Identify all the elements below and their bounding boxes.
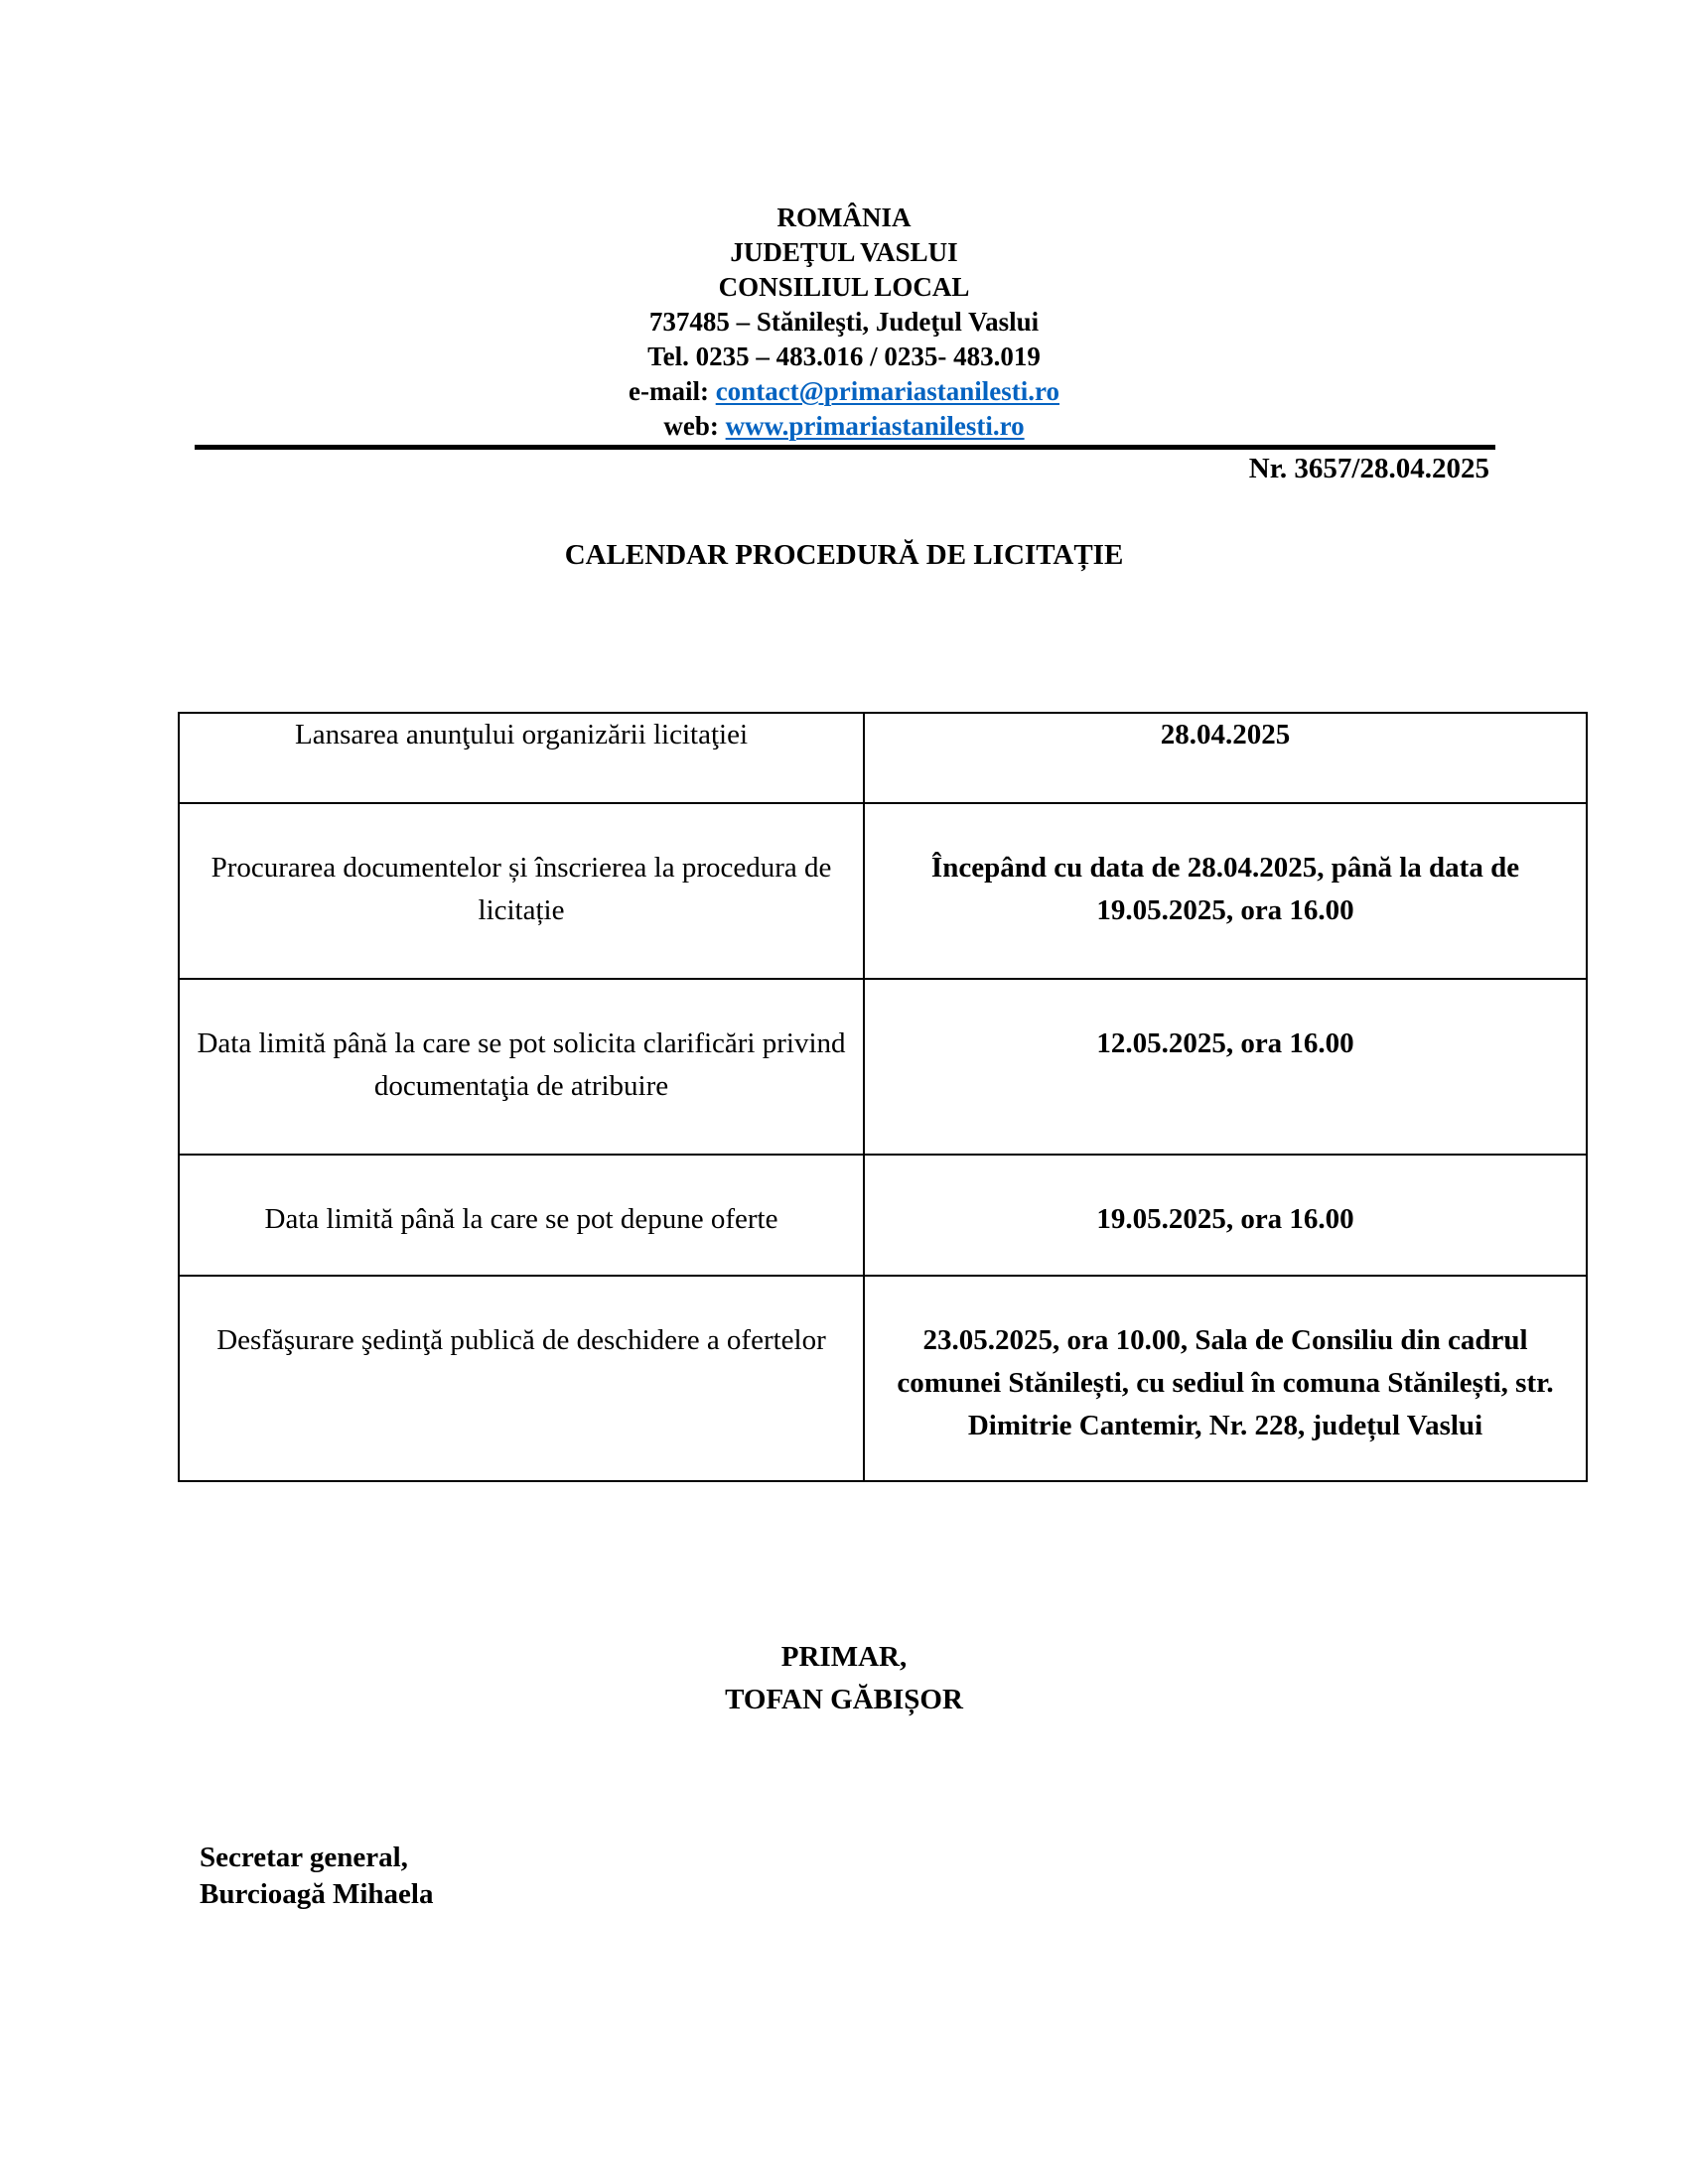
letterhead-address: 737485 – Stănileşti, Judeţul Vaslui — [0, 305, 1688, 340]
header-divider — [195, 445, 1495, 450]
page-title: CALENDAR PROCEDURĂ DE LICITAȚIE — [0, 538, 1688, 572]
email-label: e-mail: — [629, 376, 709, 406]
letterhead-email-line: e-mail: contact@primariastanilesti.ro — [0, 374, 1688, 409]
letterhead-country: ROMÂNIA — [0, 201, 1688, 235]
activity-cell: Procurarea documentelor și înscrierea la… — [179, 803, 864, 979]
web-label: web: — [663, 411, 719, 441]
mayor-name: TOFAN GĂBIȘOR — [0, 1679, 1688, 1721]
letterhead-council: CONSILIUL LOCAL — [0, 270, 1688, 305]
date-cell: 28.04.2025 — [864, 713, 1587, 803]
document-number: Nr. 3657/28.04.2025 — [1249, 452, 1489, 485]
secretary-name: Burcioagă Mihaela — [200, 1876, 433, 1913]
activity-cell: Desfăşurare şedinţă publică de deschider… — [179, 1276, 864, 1481]
letterhead: ROMÂNIA JUDEŢUL VASLUI CONSILIUL LOCAL 7… — [0, 201, 1688, 444]
table-row: Data limită până la care se pot depune o… — [179, 1155, 1587, 1276]
secretary-title: Secretar general, — [200, 1840, 408, 1876]
activity-cell: Data limită până la care se pot solicita… — [179, 979, 864, 1155]
date-cell: Începând cu data de 28.04.2025, până la … — [864, 803, 1587, 979]
calendar-table: Lansarea anunţului organizării licitaţie… — [178, 712, 1588, 1482]
table-row: Data limită până la care se pot solicita… — [179, 979, 1587, 1155]
mayor-title: PRIMAR, — [0, 1636, 1688, 1679]
activity-cell: Lansarea anunţului organizării licitaţie… — [179, 713, 864, 803]
date-cell: 12.05.2025, ora 16.00 — [864, 979, 1587, 1155]
letterhead-phone: Tel. 0235 – 483.016 / 0235- 483.019 — [0, 340, 1688, 374]
email-link[interactable]: contact@primariastanilesti.ro — [716, 376, 1059, 406]
table-row: Desfăşurare şedinţă publică de deschider… — [179, 1276, 1587, 1481]
web-link[interactable]: www.primariastanilesti.ro — [726, 411, 1025, 441]
date-cell: 23.05.2025, ora 10.00, Sala de Consiliu … — [864, 1276, 1587, 1481]
date-cell: 19.05.2025, ora 16.00 — [864, 1155, 1587, 1276]
letterhead-county: JUDEŢUL VASLUI — [0, 235, 1688, 270]
table-row: Lansarea anunţului organizării licitaţie… — [179, 713, 1587, 803]
table-row: Procurarea documentelor și înscrierea la… — [179, 803, 1587, 979]
letterhead-web-line: web: www.primariastanilesti.ro — [0, 409, 1688, 444]
activity-cell: Data limită până la care se pot depune o… — [179, 1155, 864, 1276]
